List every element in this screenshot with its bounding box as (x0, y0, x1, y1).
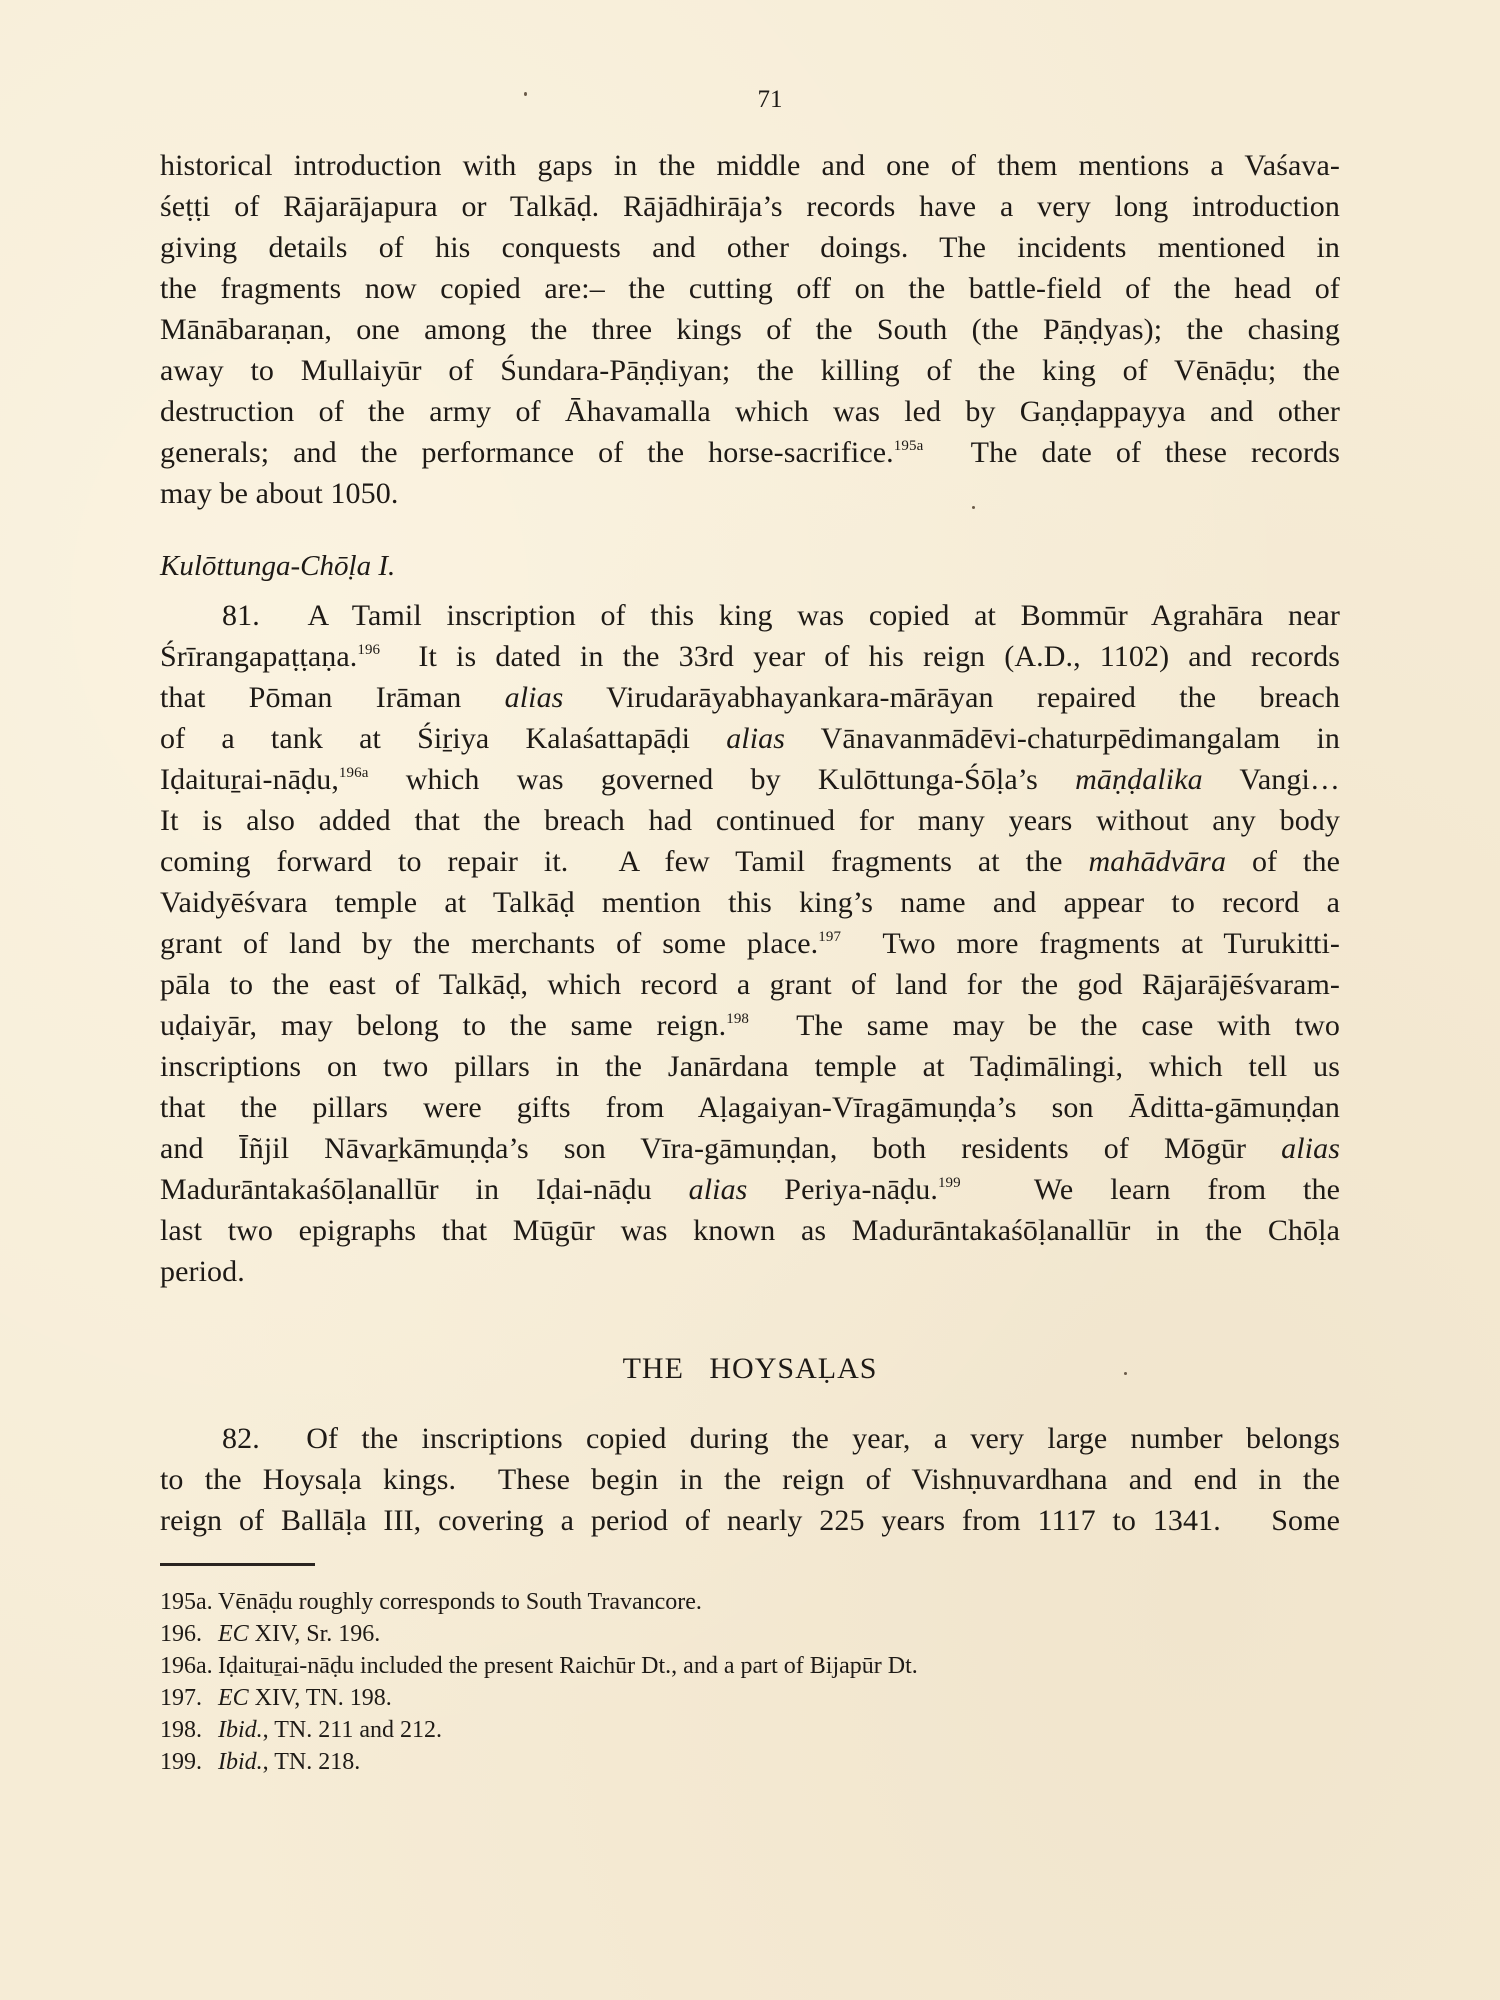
text-span: coming forward to repair it. A few Tamil… (160, 845, 1088, 878)
footnote-text: XIV, TN. 198. (249, 1685, 392, 1711)
page-number: 71 (740, 86, 800, 114)
text-span: grant of land by the merchants of some p… (160, 927, 818, 960)
text-line: to the Hoysaḷa kings. These begin in the… (160, 1459, 1340, 1500)
footnote-199: 199.Ibid., TN. 218. (160, 1746, 918, 1778)
italic-term: alias (726, 722, 785, 755)
paper-speck (524, 92, 527, 96)
text-span: It is dated in the 33rd year of his reig… (380, 640, 1340, 673)
text-line: last two epigraphs that Mūgūr was known … (160, 1210, 1340, 1251)
text-line: giving details of his conquests and othe… (160, 227, 1340, 268)
footnote-ref-199[interactable]: 199 (938, 1175, 961, 1191)
text-line: away to Mullaiyūr of Śundara-Pāṇḍiyan; t… (160, 350, 1340, 391)
footnote-divider (160, 1563, 315, 1566)
text-line: Śrīrangapaṭṭaṇa.196 It is dated in the 3… (160, 636, 1340, 677)
italic-term: alias (505, 681, 564, 714)
footnote-195a: 195a.Vēnāḍu roughly corresponds to South… (160, 1586, 918, 1618)
text-span: that Pōman Irāman (160, 681, 505, 714)
section-heading-hoysalas: THE HOYSAḶAS (160, 1352, 1340, 1386)
footnote-196a: 196a.Iḍaituṟai-nāḍu included the present… (160, 1650, 918, 1682)
text-line: may be about 1050. (160, 473, 1340, 514)
paragraph-81: 81. A Tamil inscription of this king was… (160, 595, 1340, 1292)
footnote-ref-198[interactable]: 198 (726, 1011, 749, 1027)
footnote-196: 196.EC XIV, Sr. 196. (160, 1618, 918, 1650)
italic-term: alias (689, 1173, 748, 1206)
text-line: that Pōman Irāman alias Virudarāyabhayan… (160, 677, 1340, 718)
text-line: of a tank at Śiṟiya Kalaśattapāḍi alias … (160, 718, 1340, 759)
text-line: It is also added that the breach had con… (160, 800, 1340, 841)
footnote-197: 197.EC XIV, TN. 198. (160, 1682, 918, 1714)
footnote-text: , TN. 218. (263, 1749, 361, 1775)
footnote-number: 199. (160, 1746, 218, 1778)
text-span: generals; and the performance of the hor… (160, 436, 894, 469)
footnote-ref-197[interactable]: 197 (818, 929, 841, 945)
text-span: of the (1226, 845, 1340, 878)
text-span: which was governed by Kulōttunga-Śōḷa’s (368, 763, 1075, 796)
paper-speck (972, 506, 975, 509)
paper-speck (1124, 1372, 1127, 1375)
footnote-number: 197. (160, 1682, 218, 1714)
paragraph-82: 82. Of the inscriptions copied during th… (160, 1418, 1340, 1541)
footnote-ref-196[interactable]: 196 (357, 642, 380, 658)
text-line: Madurāntakaśōḷanallūr in Iḍai-nāḍu alias… (160, 1169, 1340, 1210)
text-line: period. (160, 1251, 1340, 1292)
footnote-ref-196a[interactable]: 196a (339, 765, 369, 781)
text-line: pāla to the east of Talkāḍ, which record… (160, 964, 1340, 1005)
text-span: Iḍaituṟai-nāḍu, (160, 763, 339, 796)
text-line: grant of land by the merchants of some p… (160, 923, 1340, 964)
text-line: Vaidyēśvara temple at Talkāḍ mention thi… (160, 882, 1340, 923)
text-span: The date of these records (923, 436, 1340, 469)
text-line: Iḍaituṟai-nāḍu,196a which was governed b… (160, 759, 1340, 800)
text-span: The same may be the case with two (749, 1009, 1340, 1042)
text-span: Madurāntakaśōḷanallūr in Iḍai-nāḍu (160, 1173, 689, 1206)
italic-term: EC (218, 1621, 249, 1647)
text-line: reign of Ballāḷa III, covering a period … (160, 1500, 1340, 1541)
footnote-text: Vēnāḍu roughly corresponds to South Trav… (218, 1589, 702, 1615)
italic-term: Ibid. (218, 1717, 263, 1743)
section-title: Kulōttunga-Chōḷa I. (160, 550, 395, 583)
footnote-number: 198. (160, 1714, 218, 1746)
text-line: 82. Of the inscriptions copied during th… (160, 1418, 1340, 1459)
footnote-ref-195a[interactable]: 195a (894, 438, 924, 454)
text-line: destruction of the army of Āhavamalla wh… (160, 391, 1340, 432)
italic-term: EC (218, 1685, 249, 1711)
text-span: Virudarāyabhayankara-mārāyan repaired th… (563, 681, 1340, 714)
italic-term: mahādvāra (1088, 845, 1226, 878)
text-span: Periya-nāḍu. (747, 1173, 938, 1206)
italic-term: alias (1281, 1132, 1340, 1165)
text-line: historical introduction with gaps in the… (160, 145, 1340, 186)
text-span: and Īñjil Nāvaṟkāmuṇḍa’s son Vīra-gāmuṇḍ… (160, 1132, 1281, 1165)
text-line: 81. A Tamil inscription of this king was… (160, 595, 1340, 636)
footnote-text: XIV, Sr. 196. (249, 1621, 381, 1647)
text-span: Two more fragments at Turukitti- (841, 927, 1340, 960)
text-span: of a tank at Śiṟiya Kalaśattapāḍi (160, 722, 726, 755)
footnotes: 195a.Vēnāḍu roughly corresponds to South… (160, 1586, 918, 1778)
text-span: Vānavanmādēvi-chaturpēdimangalam in (785, 722, 1340, 755)
footnote-number: 196. (160, 1618, 218, 1650)
text-span: uḍaiyār, may belong to the same reign. (160, 1009, 726, 1042)
text-line: Mānābaraṇan, one among the three kings o… (160, 309, 1340, 350)
italic-term: māṇḍalika (1075, 763, 1203, 796)
footnote-text: , TN. 211 and 212. (263, 1717, 442, 1743)
text-span: Vangi… (1203, 763, 1340, 796)
text-line: that the pillars were gifts from Aḷagaiy… (160, 1087, 1340, 1128)
footnote-text: Iḍaituṟai-nāḍu included the present Raic… (218, 1653, 918, 1679)
text-line: coming forward to repair it. A few Tamil… (160, 841, 1340, 882)
footnote-number: 195a. (160, 1586, 218, 1618)
paragraph-continuation: historical introduction with gaps in the… (160, 145, 1340, 514)
text-line: generals; and the performance of the hor… (160, 432, 1340, 473)
text-line: uḍaiyār, may belong to the same reign.19… (160, 1005, 1340, 1046)
text-line: the fragments now copied are:– the cutti… (160, 268, 1340, 309)
footnote-198: 198.Ibid., TN. 211 and 212. (160, 1714, 918, 1746)
text-span: Śrīrangapaṭṭaṇa. (160, 640, 357, 673)
italic-term: Ibid. (218, 1749, 263, 1775)
text-span: We learn from the (961, 1173, 1340, 1206)
text-line: and Īñjil Nāvaṟkāmuṇḍa’s son Vīra-gāmuṇḍ… (160, 1128, 1340, 1169)
footnote-number: 196a. (160, 1650, 218, 1682)
text-line: śeṭṭi of Rājarājapura or Talkāḍ. Rājādhi… (160, 186, 1340, 227)
text-line: inscriptions on two pillars in the Janār… (160, 1046, 1340, 1087)
